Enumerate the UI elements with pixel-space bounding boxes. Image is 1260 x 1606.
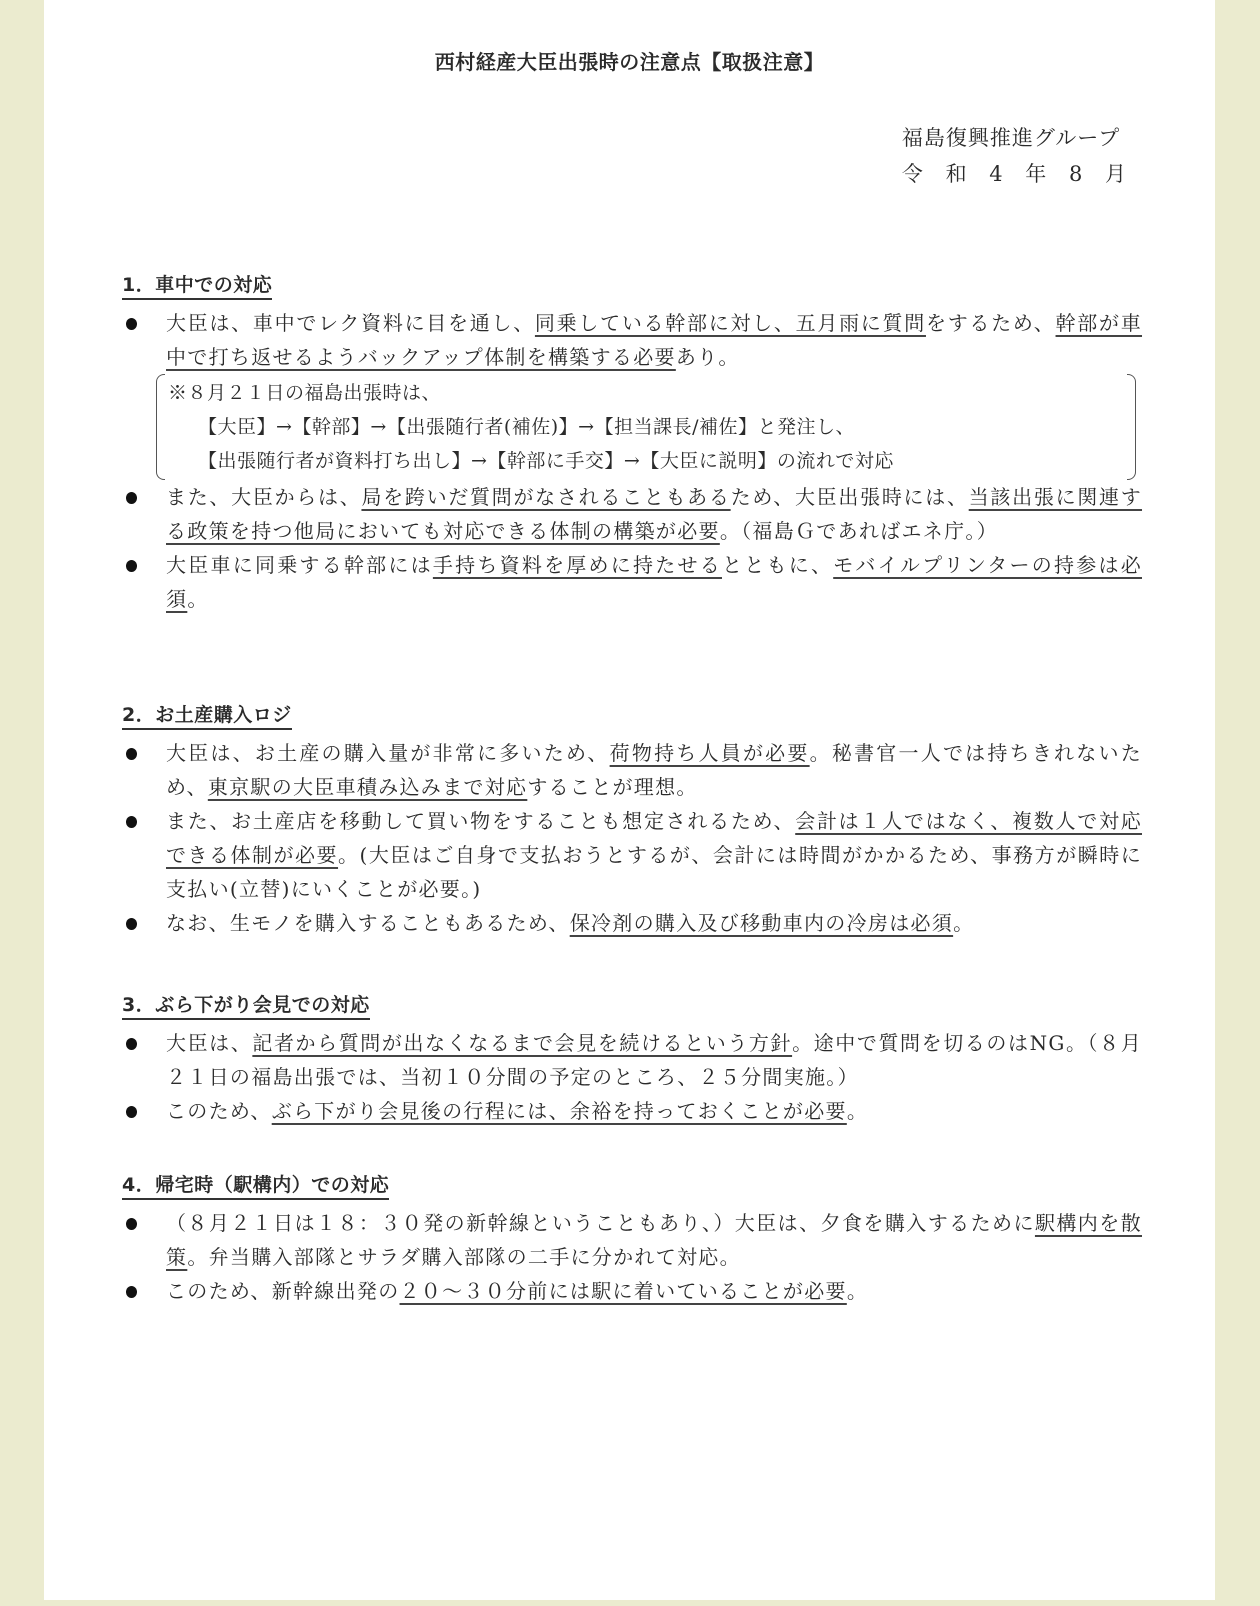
section-heading: 1．車中での対応	[122, 270, 272, 300]
body-text: 大臣は、	[166, 1031, 252, 1055]
bullet-icon	[126, 918, 137, 930]
underlined-text: 東京駅の大臣車積み込みまで対応	[208, 775, 528, 799]
section-heading: 2．お土産購入ロジ	[122, 700, 292, 730]
underlined-text: 保冷剤の購入及び移動車内の冷房は必須	[570, 911, 953, 935]
body-text: 。	[847, 1279, 868, 1303]
body-text: 大臣は、車中でレク資料に目を通し、	[166, 311, 535, 335]
section-heading: 3．ぶら下がり会見での対応	[122, 990, 370, 1020]
bullet-item: 大臣車に同乗する幹部には手持ち資料を厚めに持たせるとともに、モバイルプリンターの…	[122, 548, 1142, 616]
body-text: することが理想。	[527, 775, 697, 799]
bullet-icon	[126, 1106, 137, 1118]
body-text: このため、	[166, 1099, 272, 1123]
organization-name: 福島復興推進グループ	[902, 120, 1127, 156]
body-text: ため、大臣出張時には、	[731, 485, 969, 509]
note-line: 【大臣】→【幹部】→【出張随行者(補佐)】→【担当課長/補佐】と発注し、	[168, 410, 1098, 444]
bullet-item: なお、生モノを購入することもあるため、保冷剤の購入及び移動車内の冷房は必須。	[122, 906, 1142, 940]
bullet-item: また、大臣からは、局を跨いだ質問がなされることもあるため、大臣出張時には、当該出…	[122, 480, 1142, 548]
bullet-icon	[126, 318, 137, 330]
body-text: また、お土産店を移動して買い物をすることも想定されるため、	[166, 809, 795, 833]
document-title: 西村経産大臣出張時の注意点【取扱注意】	[44, 46, 1215, 75]
underlined-text: 局を跨いだ質問がなされることもある	[361, 485, 730, 509]
section-4: 4．帰宅時（駅構内）での対応 （８月２１日は１８：３０発の新幹線ということもあり…	[122, 1170, 1142, 1308]
bracket-right-icon	[1127, 374, 1136, 480]
body-text: 。	[953, 911, 974, 935]
bullet-item: 大臣は、車中でレク資料に目を通し、同乗している幹部に対し、五月雨に質問をするため…	[122, 306, 1142, 374]
section-2: 2．お土産購入ロジ 大臣は、お土産の購入量が非常に多いため、荷物持ち人員が必要。…	[122, 700, 1142, 940]
body-text: をするため、	[926, 311, 1056, 335]
underlined-text: 荷物持ち人員が必要	[610, 741, 810, 765]
body-text: 大臣は、お土産の購入量が非常に多いため、	[166, 741, 610, 765]
note-line: 【出張随行者が資料打ち出し】→【幹部に手交】→【大臣に説明】の流れで対応	[168, 444, 1098, 478]
body-text: 。	[847, 1099, 868, 1123]
body-text: 。（福島Ｇであればエネ庁。）	[720, 519, 998, 543]
note-line: ※８月２１日の福島出張時は、	[168, 376, 1098, 410]
bracket-left-icon	[156, 374, 165, 480]
body-text: 。	[187, 587, 208, 611]
bullet-icon	[126, 492, 137, 504]
bullet-icon	[126, 816, 137, 828]
underlined-text: 同乗している幹部に対し、五月雨に質問	[535, 311, 926, 335]
bullet-icon	[126, 1038, 137, 1050]
document-header-info: 福島復興推進グループ 令 和 4 年 8 月	[902, 120, 1127, 192]
document-date: 令 和 4 年 8 月	[902, 156, 1127, 192]
body-text: （８月２１日は１８：３０発の新幹線ということもあり、）大臣は、夕食を購入するため…	[166, 1211, 1035, 1235]
bullet-icon	[126, 560, 137, 572]
bullet-icon	[126, 748, 137, 760]
example-note-box: ※８月２１日の福島出張時は、 【大臣】→【幹部】→【出張随行者(補佐)】→【担当…	[158, 374, 1108, 480]
body-text: なお、生モノを購入することもあるため、	[166, 911, 570, 935]
bullet-item: （８月２１日は１８：３０発の新幹線ということもあり、）大臣は、夕食を購入するため…	[122, 1206, 1142, 1274]
bullet-item: このため、ぶら下がり会見後の行程には、余裕を持っておくことが必要。	[122, 1094, 1142, 1128]
underlined-text: 手持ち資料を厚めに持たせる	[433, 553, 722, 577]
underlined-text: 記者から質問が出なくなるまで会見を続けるという方針	[252, 1031, 792, 1055]
body-text: このため、新幹線出発の	[166, 1279, 400, 1303]
section-3: 3．ぶら下がり会見での対応 大臣は、記者から質問が出なくなるまで会見を続けるとい…	[122, 990, 1142, 1128]
bullet-item: 大臣は、お土産の購入量が非常に多いため、荷物持ち人員が必要。秘書官一人では持ちき…	[122, 736, 1142, 804]
underlined-text: ２０～３０分前には駅に着いていることが必要	[400, 1279, 847, 1303]
document-page: 西村経産大臣出張時の注意点【取扱注意】 福島復興推進グループ 令 和 4 年 8…	[44, 0, 1215, 1600]
bullet-item: 大臣は、記者から質問が出なくなるまで会見を続けるという方針。途中で質問を切るのは…	[122, 1026, 1142, 1094]
section-1: 1．車中での対応 大臣は、車中でレク資料に目を通し、同乗している幹部に対し、五月…	[122, 270, 1142, 616]
bullet-icon	[126, 1286, 137, 1298]
underlined-text: ぶら下がり会見後の行程には、余裕を持っておくことが必要	[272, 1099, 847, 1123]
bullet-item: このため、新幹線出発の２０～３０分前には駅に着いていることが必要。	[122, 1274, 1142, 1308]
body-text: とともに、	[722, 553, 833, 577]
bullet-icon	[126, 1218, 137, 1230]
body-text: あり。	[676, 345, 740, 369]
section-heading: 4．帰宅時（駅構内）での対応	[122, 1170, 389, 1200]
body-text: 。弁当購入部隊とサラダ購入部隊の二手に分かれて対応。	[187, 1245, 741, 1269]
bullet-item: また、お土産店を移動して買い物をすることも想定されるため、会計は１人ではなく、複…	[122, 804, 1142, 906]
body-text: 大臣車に同乗する幹部には	[166, 553, 433, 577]
body-text: また、大臣からは、	[166, 485, 361, 509]
